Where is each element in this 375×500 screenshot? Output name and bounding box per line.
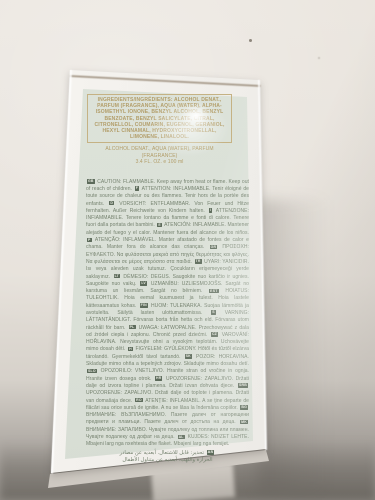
language-code-chip: F (135, 186, 139, 190)
warnings-paragraph: GB CAUTION: FLAMMABLE. Keep away from he… (86, 179, 249, 449)
language-code-chip: LV (140, 281, 147, 285)
volume-line: 3.4 FL. OZ. e 100 ml (87, 159, 232, 165)
language-code-chip: TR (195, 259, 202, 263)
language-code-chip: E (157, 223, 162, 227)
language-code-chip: HR (155, 376, 162, 380)
language-code-chip: AR (207, 450, 215, 454)
language-code-chip: SK (185, 354, 192, 358)
language-code-chip: GR (210, 245, 218, 249)
language-code-chip: GB (87, 179, 95, 183)
language-code-chip: FIN (140, 303, 148, 307)
language-code-chip: SRB (238, 383, 248, 387)
contents-line: ALCOHOL DENAT., AQUA (WATER), PARFUM (FR… (87, 146, 232, 159)
ingredients-box: INGREDIENTS/INGRÉDIENTS: ALCOHOL DENAT.,… (87, 94, 232, 143)
language-code-chip: RO (135, 398, 143, 402)
arabic-warning: AR تحذير: قابل للاشتعال. أبعديه عن مصادر… (86, 450, 249, 464)
arabic-warning-line1: تحذير: قابل للاشتعال. أبعديه عن مصادر (120, 450, 204, 456)
language-code-chip: D (109, 201, 114, 205)
language-code-chip: CZ (211, 332, 218, 336)
language-code-chip: LT (114, 274, 120, 278)
arabic-warning-line2: الحرارة واللهب. أبعديه عن متناول الأطفال (122, 457, 212, 463)
language-code-chip: SLO (87, 369, 97, 373)
warning-text: ВНИМАНИЕ: ВЪЗПЛАМЕНИМО. Пазете далеч от … (86, 412, 249, 425)
language-code-chip: PL (129, 325, 136, 329)
language-code-chip: EST (209, 289, 218, 293)
language-code-chip: AL (178, 435, 185, 439)
language-code-chip: P (87, 238, 92, 242)
product-box: INGREDIENTS/INGRÉDIENTS: ALCOHOL DENAT.,… (0, 0, 375, 500)
language-code-chip: I (209, 208, 212, 212)
contents-lines: ALCOHOL DENAT., AQUA (WATER), PARFUM (FR… (87, 146, 232, 165)
language-code-chip: MK (240, 420, 248, 424)
language-code-chip: BG (240, 405, 248, 409)
printed-label-content: INGREDIENTS/INGRÉDIENTS: ALCOHOL DENAT.,… (86, 94, 249, 464)
language-code-chip: H (128, 347, 133, 351)
language-code-chip: S (211, 310, 216, 314)
